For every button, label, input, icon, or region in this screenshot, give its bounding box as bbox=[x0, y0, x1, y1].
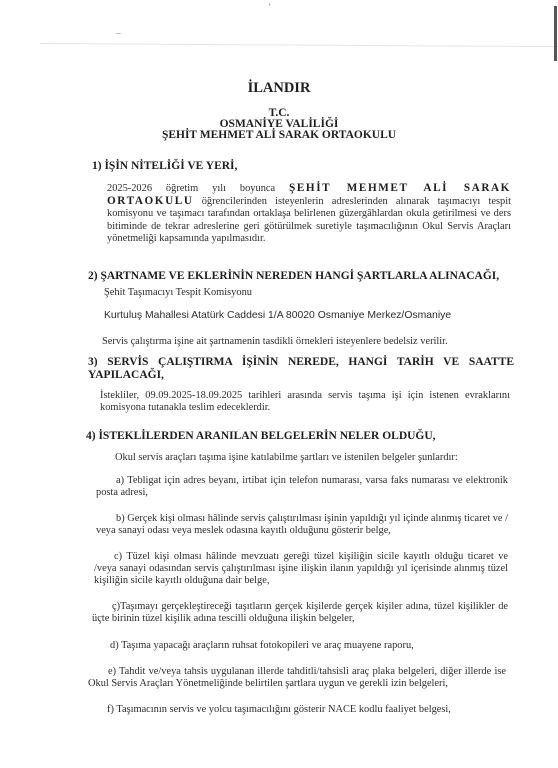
requirement-item-c-cedilla: ç)Taşımayı gerçekleştireceği taşıtların … bbox=[92, 601, 508, 625]
document-title: İLANDIR bbox=[0, 80, 558, 97]
requirement-item-a: a) Tebligat için adres beyanı, irtibat i… bbox=[96, 475, 508, 499]
requirement-item-e: e) Tahdit ve/veya tahsis uygulanan iller… bbox=[88, 666, 506, 690]
requirement-item-b: b) Gerçek kişi olması hâlinde servis çal… bbox=[96, 513, 508, 537]
scan-speck: – bbox=[116, 28, 121, 38]
requirement-item-d: d) Taşıma yapacağı araçların ruhsat foto… bbox=[110, 640, 414, 651]
section-2-office: Şehit Taşımacıyı Tespit Komisyonu bbox=[104, 287, 252, 298]
scanned-document-page: ʼ – İLANDIR T.C. OSMANİYE VALİLİĞİ ŞEHİT… bbox=[0, 0, 558, 768]
section-1-body: 2025-2026 öğretim yılı boyunca ŞEHİT MEH… bbox=[107, 182, 511, 245]
section-2-note: Servis çalıştırma işine ait şartnamenin … bbox=[102, 336, 448, 347]
section-2-address: Kurtuluş Mahallesi Atatürk Caddesi 1/A 8… bbox=[104, 310, 451, 321]
section-1-body-prefix: 2025-2026 öğretim yılı boyunca bbox=[107, 183, 289, 194]
scan-speck: ʼ bbox=[268, 2, 271, 12]
header-school: ŞEHİT MEHMET ALİ SARAK ORTAOKULU bbox=[0, 130, 558, 141]
section-4-heading: 4) İSTEKLİLERDEN ARANILAN BELGELERİN NEL… bbox=[86, 430, 436, 442]
requirement-item-c: c) Tüzel kişi olması hâlinde mevzuatı ge… bbox=[94, 551, 508, 588]
section-3-body: İstekliler, 09.09.2025-18.09.2025 tarihl… bbox=[100, 390, 510, 414]
scan-artifact-line bbox=[40, 43, 558, 47]
section-4-intro: Okul servis araçları taşıma işine katıla… bbox=[115, 452, 458, 463]
section-1-heading: 1) İŞİN NİTELİĞİ VE YERİ, bbox=[92, 160, 237, 172]
requirement-item-f: f) Taşımacının servis ve yolcu taşımacıl… bbox=[107, 704, 451, 715]
section-2-heading: 2) ŞARTNAME VE EKLERİNİN NEREDEN HANGİ Ş… bbox=[88, 270, 499, 282]
section-3-heading-line1: 3) SERVİS ÇALIŞTIRMA İŞİNİN NEREDE, HANG… bbox=[88, 356, 514, 368]
scan-edge-mark bbox=[554, 6, 557, 61]
section-3-heading-line2: YAPILACAĞI, bbox=[88, 369, 164, 381]
